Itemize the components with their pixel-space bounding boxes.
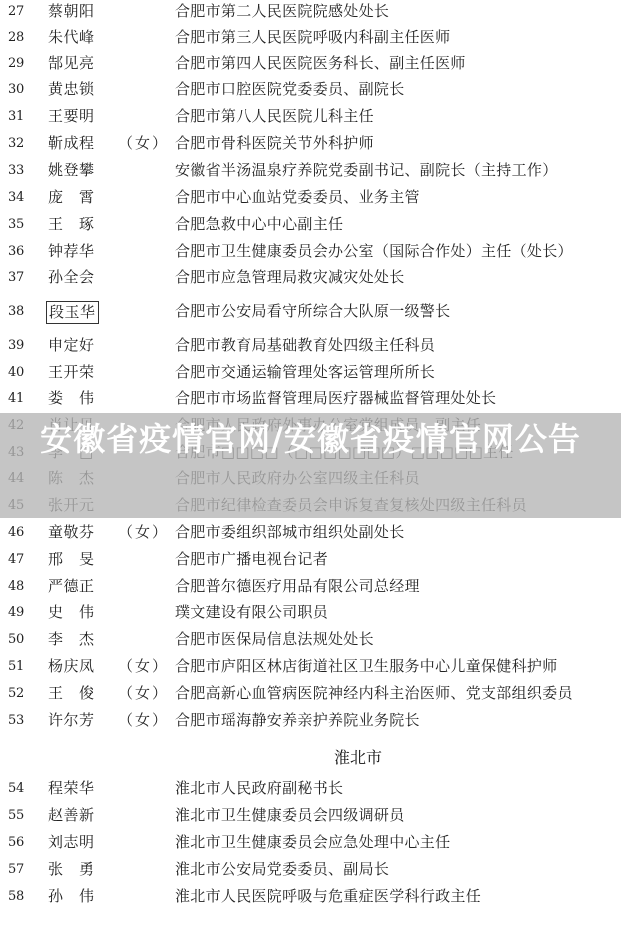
row-number: 36 (8, 238, 38, 265)
person-name: 钟荐华 (48, 238, 95, 265)
gender-note: （女） (118, 653, 169, 680)
person-name: 张 勇 (48, 856, 95, 883)
row-number: 48 (8, 573, 38, 600)
position-title: 合肥市教育局基础教育处四级主任科员 (175, 332, 435, 359)
row-number: 49 (8, 599, 38, 626)
position-title: 合肥市公安局看守所综合大队原一级警长 (175, 298, 450, 325)
row-number: 54 (8, 775, 38, 802)
row-number: 52 (8, 680, 38, 707)
person-name-boxed: 段玉华 (46, 301, 99, 324)
person-name: 王开荣 (48, 359, 95, 386)
person-name: 孙全会 (48, 264, 95, 291)
position-title: 合肥市庐阳区林店街道社区卫生服务中心儿童保健科护师 (175, 653, 558, 680)
person-name: 朱代峰 (48, 24, 95, 51)
position-title: 淮北市公安局党委委员、副局长 (175, 856, 389, 883)
position-title: 合肥市委组织部城市组织处副处长 (175, 519, 405, 546)
row-number: 34 (8, 184, 38, 211)
table-row: 34 庞 霄 合肥市中心血站党委委员、业务主管 (0, 184, 621, 211)
position-title: 合肥市口腔医院党委委员、副院长 (175, 76, 405, 103)
position-title: 合肥市第三人民医院呼吸内科副主任医师 (175, 24, 450, 51)
person-name: 黄忠锁 (48, 76, 95, 103)
row-number: 57 (8, 856, 38, 883)
position-title: 合肥市骨科医院关节外科护师 (175, 130, 374, 157)
person-name: 王要明 (48, 103, 95, 130)
person-name: 程荣华 (48, 775, 95, 802)
position-title: 璞文建设有限公司职员 (175, 599, 328, 626)
row-number: 40 (8, 359, 38, 386)
table-row: 32 靳成程 （女） 合肥市骨科医院关节外科护师 (0, 130, 621, 157)
person-name: 郜见亮 (48, 50, 95, 77)
overlay-title: 安徽省疫情官网/安徽省疫情官网公告 (0, 420, 621, 458)
table-row: 39 申定好 合肥市教育局基础教育处四级主任科员 (0, 332, 621, 359)
position-title: 淮北市卫生健康委员会四级调研员 (175, 802, 405, 829)
table-row: 35 王 琢 合肥急救中心中心副主任 (0, 211, 621, 238)
row-number: 32 (8, 130, 38, 157)
row-number: 31 (8, 103, 38, 130)
table-row: 36 钟荐华 合肥市卫生健康委员会办公室（国际合作处）主任（处长） (0, 238, 621, 265)
table-row: 30 黄忠锁 合肥市口腔医院党委委员、副院长 (0, 76, 621, 103)
position-title: 合肥急救中心中心副主任 (175, 211, 343, 238)
table-row: 56 刘志明 淮北市卫生健康委员会应急处理中心主任 (0, 829, 621, 856)
person-name: 邢 旻 (48, 546, 95, 573)
table-row: 50 李 杰 合肥市医保局信息法规处处长 (0, 626, 621, 653)
row-number: 58 (8, 883, 38, 910)
table-row: 37 孙全会 合肥市应急管理局救灾减灾处处长 (0, 264, 621, 291)
person-name: 靳成程 (48, 130, 95, 157)
table-row: 48 严德正 合肥普尔德医疗用品有限公司总经理 (0, 573, 621, 600)
row-number: 38 (8, 298, 38, 325)
person-name: 李 杰 (48, 626, 95, 653)
position-title: 合肥市瑶海静安养亲护养院业务院长 (175, 707, 420, 734)
row-number: 50 (8, 626, 38, 653)
person-name: 童敬芬 (48, 519, 95, 546)
row-number: 37 (8, 264, 38, 291)
document-page: 27 蔡朝阳 合肥市第二人民医院院感处处长 28 朱代峰 合肥市第三人民医院呼吸… (0, 0, 621, 933)
table-row: 57 张 勇 淮北市公安局党委委员、副局长 (0, 856, 621, 883)
table-row: 33 姚登攀 安徽省半汤温泉疗养院党委副书记、副院长（主持工作） (0, 157, 621, 184)
row-number: 56 (8, 829, 38, 856)
person-name: 赵善新 (48, 802, 95, 829)
row-number: 29 (8, 50, 38, 77)
row-number: 55 (8, 802, 38, 829)
position-title: 合肥市第二人民医院院感处处长 (175, 0, 389, 25)
row-number: 51 (8, 653, 38, 680)
table-row: 31 王要明 合肥市第八人民医院儿科主任 (0, 103, 621, 130)
position-title: 合肥市医保局信息法规处处长 (175, 626, 374, 653)
row-number: 28 (8, 24, 38, 51)
person-name: 刘志明 (48, 829, 95, 856)
position-title: 合肥市应急管理局救灾减灾处处长 (175, 264, 405, 291)
position-title: 合肥市第八人民医院儿科主任 (175, 103, 374, 130)
position-title: 合肥普尔德医疗用品有限公司总经理 (175, 573, 420, 600)
position-title: 合肥市卫生健康委员会办公室（国际合作处）主任（处长） (175, 238, 573, 265)
row-number: 47 (8, 546, 38, 573)
person-name: 蔡朝阳 (48, 0, 95, 25)
position-title: 淮北市卫生健康委员会应急处理中心主任 (175, 829, 450, 856)
table-row: 28 朱代峰 合肥市第三人民医院呼吸内科副主任医师 (0, 24, 621, 51)
position-title: 淮北市人民医院呼吸与危重症医学科行政主任 (175, 883, 481, 910)
person-name: 严德正 (48, 573, 95, 600)
person-name: 娄 伟 (48, 385, 95, 412)
table-row: 40 王开荣 合肥市交通运输管理处客运管理所所长 (0, 359, 621, 386)
position-title: 合肥市市场监督管理局医疗器械监督管理处处长 (175, 385, 496, 412)
person-name: 孙 伟 (48, 883, 95, 910)
row-number: 41 (8, 385, 38, 412)
table-row: 47 邢 旻 合肥市广播电视台记者 (0, 546, 621, 573)
gender-note: （女） (118, 130, 169, 157)
position-title: 合肥市广播电视台记者 (175, 546, 328, 573)
table-row: 55 赵善新 淮北市卫生健康委员会四级调研员 (0, 802, 621, 829)
row-number: 27 (8, 0, 38, 25)
gender-note: （女） (118, 680, 169, 707)
table-row: 41 娄 伟 合肥市市场监督管理局医疗器械监督管理处处长 (0, 385, 621, 412)
table-row: 29 郜见亮 合肥市第四人民医院医务科长、副主任医师 (0, 50, 621, 77)
table-row: 49 史 伟 璞文建设有限公司职员 (0, 599, 621, 626)
table-row: 27 蔡朝阳 合肥市第二人民医院院感处处长 (0, 0, 621, 25)
person-name: 申定好 (48, 332, 95, 359)
gender-note: （女） (118, 707, 169, 734)
table-row: 46 童敬芬 （女） 合肥市委组织部城市组织处副处长 (0, 519, 621, 546)
table-row: 58 孙 伟 淮北市人民医院呼吸与危重症医学科行政主任 (0, 883, 621, 910)
position-title: 合肥市交通运输管理处客运管理所所长 (175, 359, 435, 386)
person-name: 王 琢 (48, 211, 95, 238)
position-title: 合肥市第四人民医院医务科长、副主任医师 (175, 50, 466, 77)
person-name: 史 伟 (48, 599, 95, 626)
position-title: 安徽省半汤温泉疗养院党委副书记、副院长（主持工作） (175, 157, 558, 184)
gender-note: （女） (118, 519, 169, 546)
row-number: 30 (8, 76, 38, 103)
row-number: 33 (8, 157, 38, 184)
person-name: 庞 霄 (48, 184, 95, 211)
table-row: 51 杨庆凤 （女） 合肥市庐阳区林店街道社区卫生服务中心儿童保健科护师 (0, 653, 621, 680)
table-row: 54 程荣华 淮北市人民政府副秘书长 (0, 775, 621, 802)
position-title: 合肥高新心血管病医院神经内科主治医师、党支部组织委员 (175, 680, 573, 707)
person-name: 姚登攀 (48, 157, 95, 184)
row-number: 46 (8, 519, 38, 546)
row-number: 39 (8, 332, 38, 359)
person-name: 许尔芳 (48, 707, 95, 734)
person-name: 杨庆凤 (48, 653, 95, 680)
table-row: 53 许尔芳 （女） 合肥市瑶海静安养亲护养院业务院长 (0, 707, 621, 734)
table-row: 52 王 俊 （女） 合肥高新心血管病医院神经内科主治医师、党支部组织委员 (0, 680, 621, 707)
table-row: 38 段玉华 合肥市公安局看守所综合大队原一级警长 (0, 298, 621, 325)
section-heading-huaibei: 淮北市 (0, 745, 621, 768)
row-number: 35 (8, 211, 38, 238)
person-name: 王 俊 (48, 680, 95, 707)
position-title: 淮北市人民政府副秘书长 (175, 775, 343, 802)
position-title: 合肥市中心血站党委委员、业务主管 (175, 184, 420, 211)
row-number: 53 (8, 707, 38, 734)
